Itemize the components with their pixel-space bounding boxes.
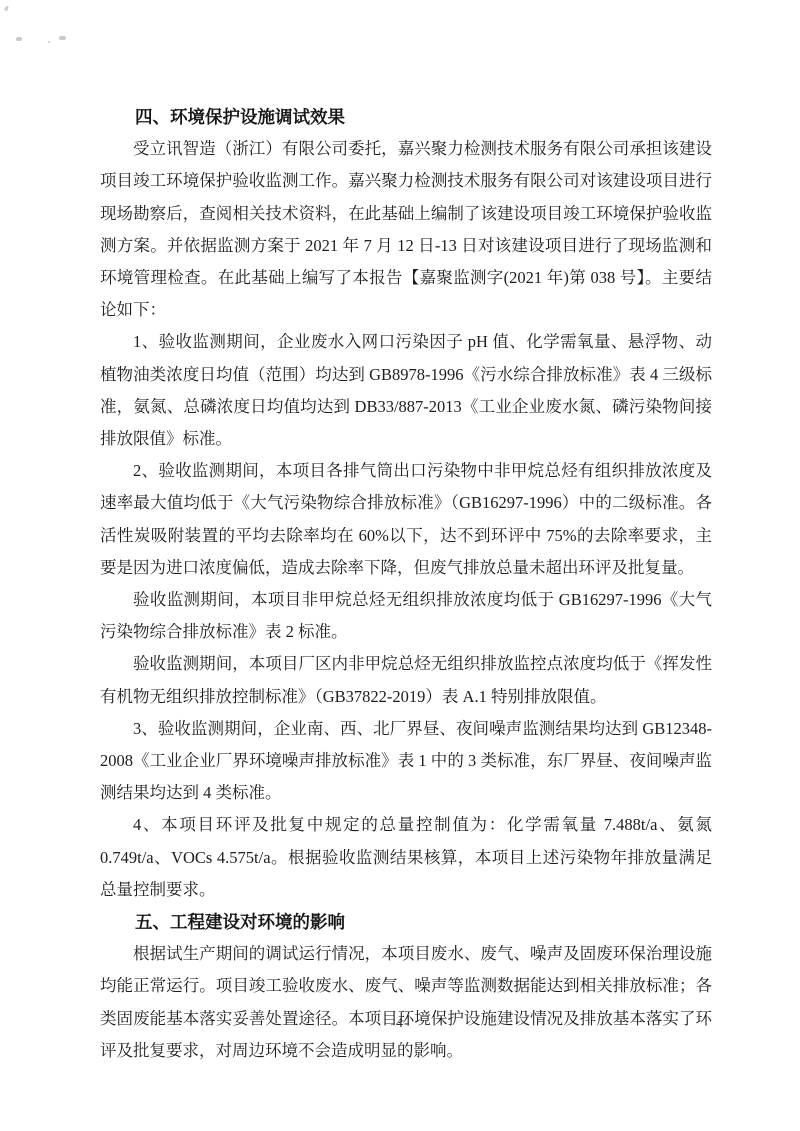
scanned-document-page: 四、环境保护设施调试效果 受立讯智造（浙江）有限公司委托，嘉兴聚力检测技术服务有…: [0, 0, 800, 1131]
paragraph-conclusion-3-noise: 3、验收监测期间，企业南、西、北厂界昼、夜间噪声监测结果均达到 GB12348-…: [100, 713, 712, 810]
paragraph-commission: 受立讯智造（浙江）有限公司委托，嘉兴聚力检测技术服务有限公司承担该建设项目竣工环…: [100, 133, 712, 326]
section-heading-5: 五、工程建设对环境的影响: [100, 906, 712, 938]
document-body: 四、环境保护设施调试效果 受立讯智造（浙江）有限公司委托，嘉兴聚力检测技术服务有…: [100, 101, 712, 1067]
page-number: -4-: [0, 1014, 800, 1034]
paragraph-conclusion-4-total-control: 4、本项目环评及批复中规定的总量控制值为：化学需氧量 7.488t/a、氨氮 0…: [100, 809, 712, 906]
paragraph-conclusion-2b-monitoring-points: 验收监测期间，本项目厂区内非甲烷总烃无组织排放监控点浓度均低于《挥发性有机物无组…: [100, 648, 712, 712]
section-heading-4: 四、环境保护设施调试效果: [100, 101, 712, 133]
scan-speck: [48, 41, 50, 43]
paragraph-conclusion-2a-fugitive: 验收监测期间，本项目非甲烷总烃无组织排放浓度均低于 GB16297-1996《大…: [100, 584, 712, 648]
scan-speck: [4, 6, 9, 12]
scan-speck: [16, 37, 22, 41]
paragraph-conclusion-1-wastewater: 1、验收监测期间，企业废水入网口污染因子 pH 值、化学需氧量、悬浮物、动植物油…: [100, 326, 712, 455]
scan-speck: [59, 36, 66, 40]
paragraph-environmental-impact: 根据试生产期间的调试运行情况，本项目废水、废气、噪声及固废环保治理设施均能正常运…: [100, 938, 712, 1067]
paragraph-conclusion-2-exhaust: 2、验收监测期间，本项目各排气筒出口污染物中非甲烷总烃有组织排放浓度及速率最大值…: [100, 455, 712, 584]
